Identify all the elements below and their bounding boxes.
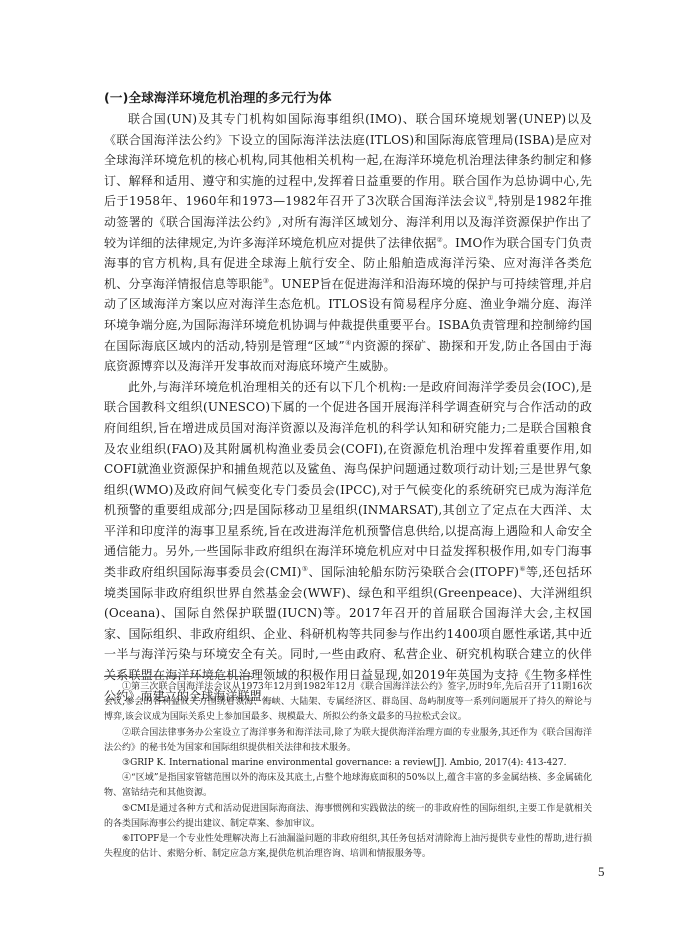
footnote: ④“区域”是指国家管辖范围以外的海床及其底土,占整个地球海底面积的50%以上,蕴…	[104, 771, 592, 801]
document-page: (一)全球海洋环境危机治理的多元行为体 联合国(UN)及其专门机构如国际海事组织…	[0, 0, 700, 943]
footnotes: ①第三次联合国海洋法会议从1973年12月到1982年12月《联合国海洋法公约》…	[104, 680, 592, 862]
paragraph: 此外,与海洋环境危机治理相关的还有以下几个机构:一是政府间海洋学委员会(IOC)…	[104, 377, 592, 707]
main-text: (一)全球海洋环境危机治理的多元行为体 联合国(UN)及其专门机构如国际海事组织…	[104, 88, 592, 706]
footnote: ①第三次联合国海洋法会议从1973年12月到1982年12月《联合国海洋法公约》…	[104, 680, 592, 726]
footnote-ref[interactable]: ①	[487, 194, 494, 202]
section-heading: (一)全球海洋环境危机治理的多元行为体	[104, 88, 592, 107]
footnote-ref[interactable]: ⑤	[302, 565, 309, 573]
footnote-ref[interactable]: ④	[345, 339, 352, 347]
footnote: ⑥ITOPF是一个专业性处理解决海上石油漏溢问题的非政府组织,其任务包括对清除海…	[104, 832, 592, 862]
footnote-ref[interactable]: ②	[437, 236, 443, 244]
footnote: ③GRIP K. International marine environmen…	[104, 756, 592, 771]
footnote-divider	[104, 676, 252, 677]
paragraph: 联合国(UN)及其专门机构如国际海事组织(IMO)、联合国环境规划署(UNEP)…	[104, 109, 592, 377]
footnote-ref[interactable]: ⑥	[519, 565, 526, 573]
page-number: 5	[598, 864, 605, 880]
footnote: ⑤CMI是通过各种方式和活动促进国际海商法、海事惯例和实践做法的统一的非政府性的…	[104, 802, 592, 832]
footnote: ②联合国法律事务办公室设立了海洋事务和海洋法司,除了为联大提供海洋治理方面的专业…	[104, 726, 592, 756]
footnote-ref[interactable]: ③	[263, 277, 269, 285]
